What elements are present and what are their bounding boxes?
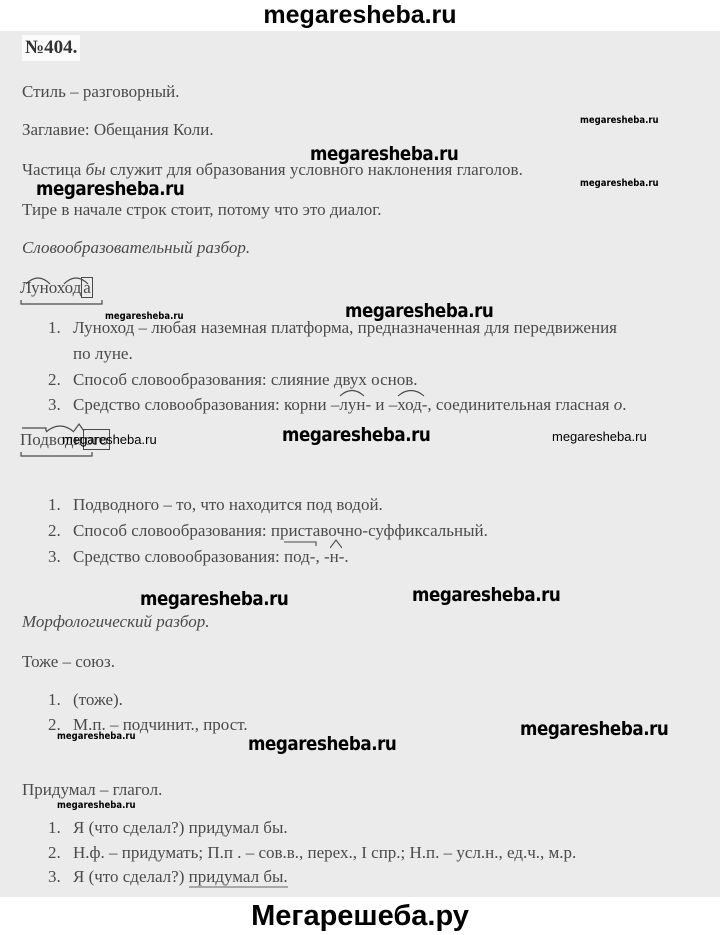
list-item: 3.Средство словообразования: под-, -н-. xyxy=(48,547,349,567)
pridumal-title: Придумал – глагол. xyxy=(22,780,162,800)
morpheme-word-lunokhoda: Лунохода xyxy=(20,278,93,298)
list-item: по луне. xyxy=(48,344,133,364)
site-footer: Мегарешеба.ру xyxy=(0,897,720,935)
watermark: megaresheba.ru xyxy=(412,584,560,606)
root-arc-icon xyxy=(339,387,365,397)
morph-heading: Морфологический разбор. xyxy=(22,612,209,632)
list-item: 3.Я (что сделал?) придумал бы. xyxy=(48,867,288,887)
watermark: megaresheba.ru xyxy=(62,432,157,447)
watermark: megaresheba.ru xyxy=(248,733,396,755)
list-item: 1.Я (что сделал?) придумал бы. xyxy=(48,818,288,838)
style-line: Стиль – разговорный. xyxy=(22,82,179,102)
list-item: 3.Средство словообразования: корни –лун-… xyxy=(48,395,627,415)
prefix-mark-icon xyxy=(284,539,318,549)
dash-line: Тире в начале строк стоит, потому что эт… xyxy=(22,200,382,220)
prefix-pod: под xyxy=(284,547,310,567)
watermark: megaresheba.ru xyxy=(580,178,659,189)
watermark: megaresheba.ru xyxy=(580,115,659,126)
morpheme-marks xyxy=(20,270,130,300)
tozhe-title: Тоже – союз. xyxy=(22,652,115,672)
watermark: megaresheba.ru xyxy=(345,300,493,322)
root-khod: ход xyxy=(397,395,422,415)
watermark: megaresheba.ru xyxy=(552,429,647,444)
watermark: megaresheba.ru xyxy=(36,178,184,200)
underlined-predicate: придумал бы. xyxy=(189,867,288,888)
watermark: megaresheba.ru xyxy=(140,588,288,610)
list-item: 2.Способ словообразования: приставочно-с… xyxy=(48,521,488,541)
list-item: 1.Подводного – то, что находится под вод… xyxy=(48,495,383,515)
root-lun: лун xyxy=(339,395,365,415)
list-item: 2.Н.ф. – придумать; П.п . – сов.в., пере… xyxy=(48,843,576,863)
site-header: megaresheba.ru xyxy=(0,0,720,30)
root-arc-icon xyxy=(397,387,425,397)
watermark: megaresheba.ru xyxy=(310,143,458,165)
list-item: 1.(тоже). xyxy=(48,690,123,710)
watermark: megaresheba.ru xyxy=(105,311,184,322)
watermark: megaresheba.ru xyxy=(282,424,430,446)
watermark: megaresheba.ru xyxy=(57,800,136,811)
suffix-n: н xyxy=(330,547,339,567)
watermark: megaresheba.ru xyxy=(57,731,136,742)
word-formation-heading: Словообразовательный разбор. xyxy=(22,238,250,258)
watermark: megaresheba.ru xyxy=(520,718,668,740)
task-number: №404. xyxy=(22,35,80,61)
suffix-mark-icon xyxy=(330,539,342,549)
title-line: Заглавие: Обещания Коли. xyxy=(22,120,214,140)
